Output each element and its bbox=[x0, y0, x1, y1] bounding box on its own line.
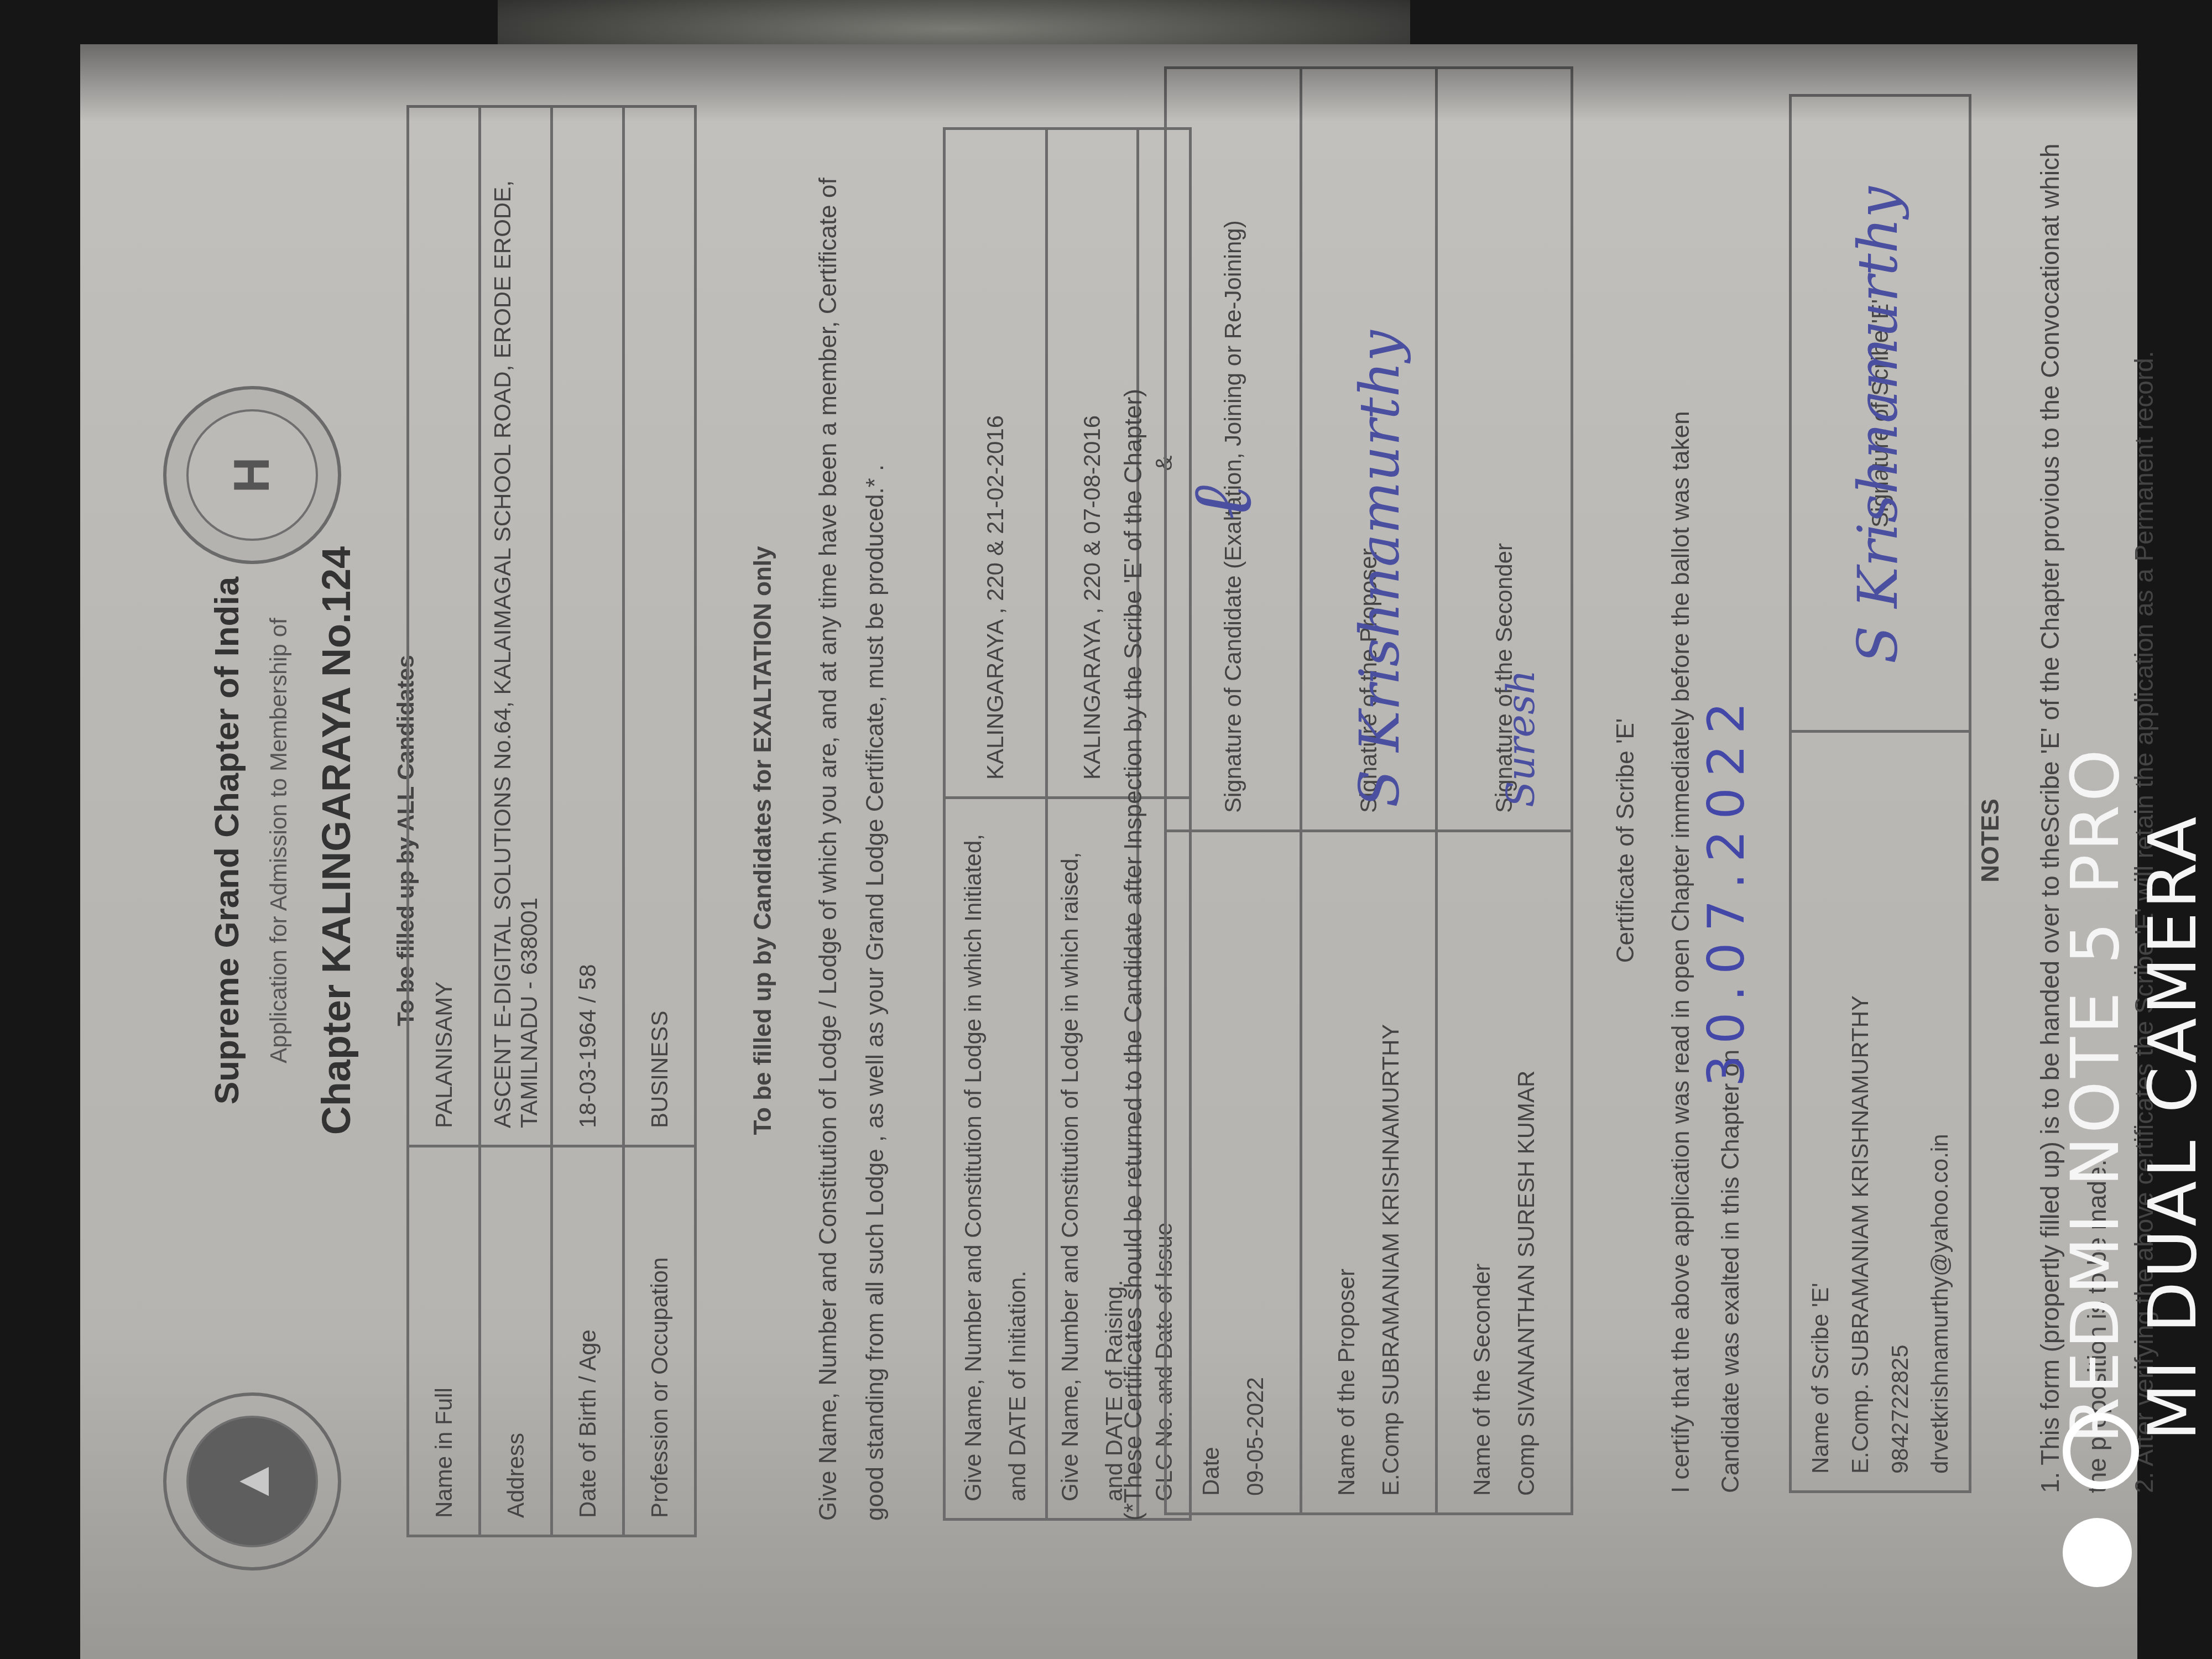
candidate-signature: ℓ bbox=[1200, 486, 1244, 520]
organization-title: Supreme Grand Chapter of India bbox=[207, 77, 247, 1604]
seconder-signature-cell[interactable]: Signature of the Seconder Suresh bbox=[1437, 68, 1572, 831]
seconder-name-field[interactable]: Comp SIVANANTHAN SURESH KUMAR bbox=[1504, 849, 1548, 1496]
camera-watermark-camera: MI DUAL CAMERA bbox=[2135, 813, 2211, 1441]
date-cell: Date 09-05-2022 bbox=[1166, 831, 1301, 1514]
initiation-lodge-field[interactable]: KALINGARAYA , 220 & 21-02-2016 bbox=[945, 129, 1047, 798]
field-label: Name of the Proposer bbox=[1324, 849, 1369, 1496]
field-label: Give Name, Number and Constitution of Lo… bbox=[945, 798, 1047, 1520]
certificates-note: (*These Certificates should be returned … bbox=[1120, 389, 1147, 1521]
field-label: Name of Scribe 'E' bbox=[1801, 749, 1840, 1474]
field-label: Signature of Candidate (Exaltation, Join… bbox=[1211, 86, 1255, 813]
table-row: Address ASCENT E-DIGITAL SOLUTIONS No.64… bbox=[480, 107, 552, 1536]
document-page: ▲ H Supreme Grand Chapter of India Appli… bbox=[80, 44, 2137, 1659]
date-field[interactable]: 09-05-2022 bbox=[1233, 849, 1277, 1496]
filled-circle-icon bbox=[2063, 1518, 2132, 1587]
page-shadow bbox=[80, 44, 2137, 122]
proposer-name-field[interactable]: E.Comp SUBRAMANIAM KRISHNAMURTHY bbox=[1369, 849, 1413, 1496]
proposer-signature-cell[interactable]: Signature of the Proposer S Krishnamurth… bbox=[1301, 68, 1437, 831]
notes-heading: NOTES bbox=[1977, 77, 2005, 1604]
form-header: Supreme Grand Chapter of India Applicati… bbox=[207, 77, 419, 1604]
ring-circle-icon bbox=[2063, 1413, 2139, 1489]
candidate-details-table: Name in Full PALANISAMY Address ASCENT E… bbox=[406, 105, 697, 1537]
exalted-statement: Candidate was exalted in this Chapter on bbox=[1717, 1050, 1745, 1493]
table-row: Name in Full PALANISAMY bbox=[408, 107, 480, 1536]
field-label: Name of the Seconder bbox=[1460, 849, 1504, 1496]
table-row: Name of the Proposer E.Comp SUBRAMANIAM … bbox=[1301, 68, 1437, 1514]
exaltation-date-handwritten[interactable]: 30.07.2022 bbox=[1698, 691, 1756, 1087]
camera-watermark-model: REDMI NOTE 5 PRO bbox=[2057, 746, 2134, 1443]
name-field[interactable]: PALANISAMY bbox=[408, 107, 480, 1146]
certify-statement: I certify that the above application was… bbox=[1667, 411, 1695, 1493]
form-subtitle: Application for Admission to Membership … bbox=[265, 77, 292, 1604]
scribe-details-table: Name of Scribe 'E' E.Comp. SUBRAMANIAM K… bbox=[1789, 94, 1971, 1493]
profession-field[interactable]: BUSINESS bbox=[624, 107, 696, 1146]
exaltation-instructions: Give Name, Number and Constitution of Lo… bbox=[805, 144, 899, 1521]
field-label: Name in Full bbox=[408, 1146, 480, 1536]
proposer-signature: S Krishnamurthy bbox=[1358, 330, 1402, 807]
field-label: Profession or Occupation bbox=[624, 1146, 696, 1536]
table-row: Give Name, Number and Constitution of Lo… bbox=[945, 129, 1047, 1520]
table-row: Date of Birth / Age 18-03-1964 / 58 bbox=[552, 107, 624, 1536]
field-label: Date bbox=[1189, 849, 1233, 1496]
application-form: ▲ H Supreme Grand Chapter of India Appli… bbox=[80, 77, 2137, 1604]
chapter-name: Chapter KALINGARAYA No.124 bbox=[314, 77, 359, 1604]
dob-age-field[interactable]: 18-03-1964 / 58 bbox=[552, 107, 624, 1146]
scribe-email[interactable]: drvetkrishnamurthy@yahoo.co.in bbox=[1920, 749, 1960, 1474]
signatures-table: Date 09-05-2022 Signature of Candidate (… bbox=[1164, 66, 1573, 1515]
field-label: Date of Birth / Age bbox=[552, 1146, 624, 1536]
scribe-certificate-heading: Certificate of Scribe 'E' bbox=[1612, 77, 1640, 1604]
table-row: Name of Scribe 'E' E.Comp. SUBRAMANIAM K… bbox=[1791, 96, 1970, 1492]
lodge-details-table: Give Name, Number and Constitution of Lo… bbox=[943, 127, 1192, 1521]
field-label: Address bbox=[480, 1146, 552, 1536]
seconder-signature: Suresh bbox=[1499, 670, 1543, 807]
scribe-name-field[interactable]: E.Comp. SUBRAMANIAM KRISHNAMURTHY bbox=[1840, 749, 1880, 1474]
table-row: Profession or Occupation BUSINESS bbox=[624, 107, 696, 1536]
seconder-name-cell: Name of the Seconder Comp SIVANANTHAN SU… bbox=[1437, 831, 1572, 1514]
scribe-signature-cell[interactable]: Signature of Scribe 'E' S Krishnamurthy bbox=[1791, 96, 1970, 732]
table-row: Name of the Seconder Comp SIVANANTHAN SU… bbox=[1437, 68, 1572, 1514]
scribe-name-cell: Name of Scribe 'E' E.Comp. SUBRAMANIAM K… bbox=[1791, 732, 1970, 1492]
scribe-signature: S Krishnamurthy bbox=[1858, 186, 1898, 664]
table-row: Date 09-05-2022 Signature of Candidate (… bbox=[1166, 68, 1301, 1514]
address-field[interactable]: ASCENT E-DIGITAL SOLUTIONS No.64, KALAIM… bbox=[480, 107, 552, 1146]
candidate-signature-cell[interactable]: Signature of Candidate (Exaltation, Join… bbox=[1166, 68, 1301, 831]
section-heading-exaltation: To be filled up by Candidates for EXALTA… bbox=[749, 77, 777, 1604]
scribe-phone: 9842722825 bbox=[1880, 749, 1920, 1474]
proposer-name-cell: Name of the Proposer E.Comp SUBRAMANIAM … bbox=[1301, 831, 1437, 1514]
